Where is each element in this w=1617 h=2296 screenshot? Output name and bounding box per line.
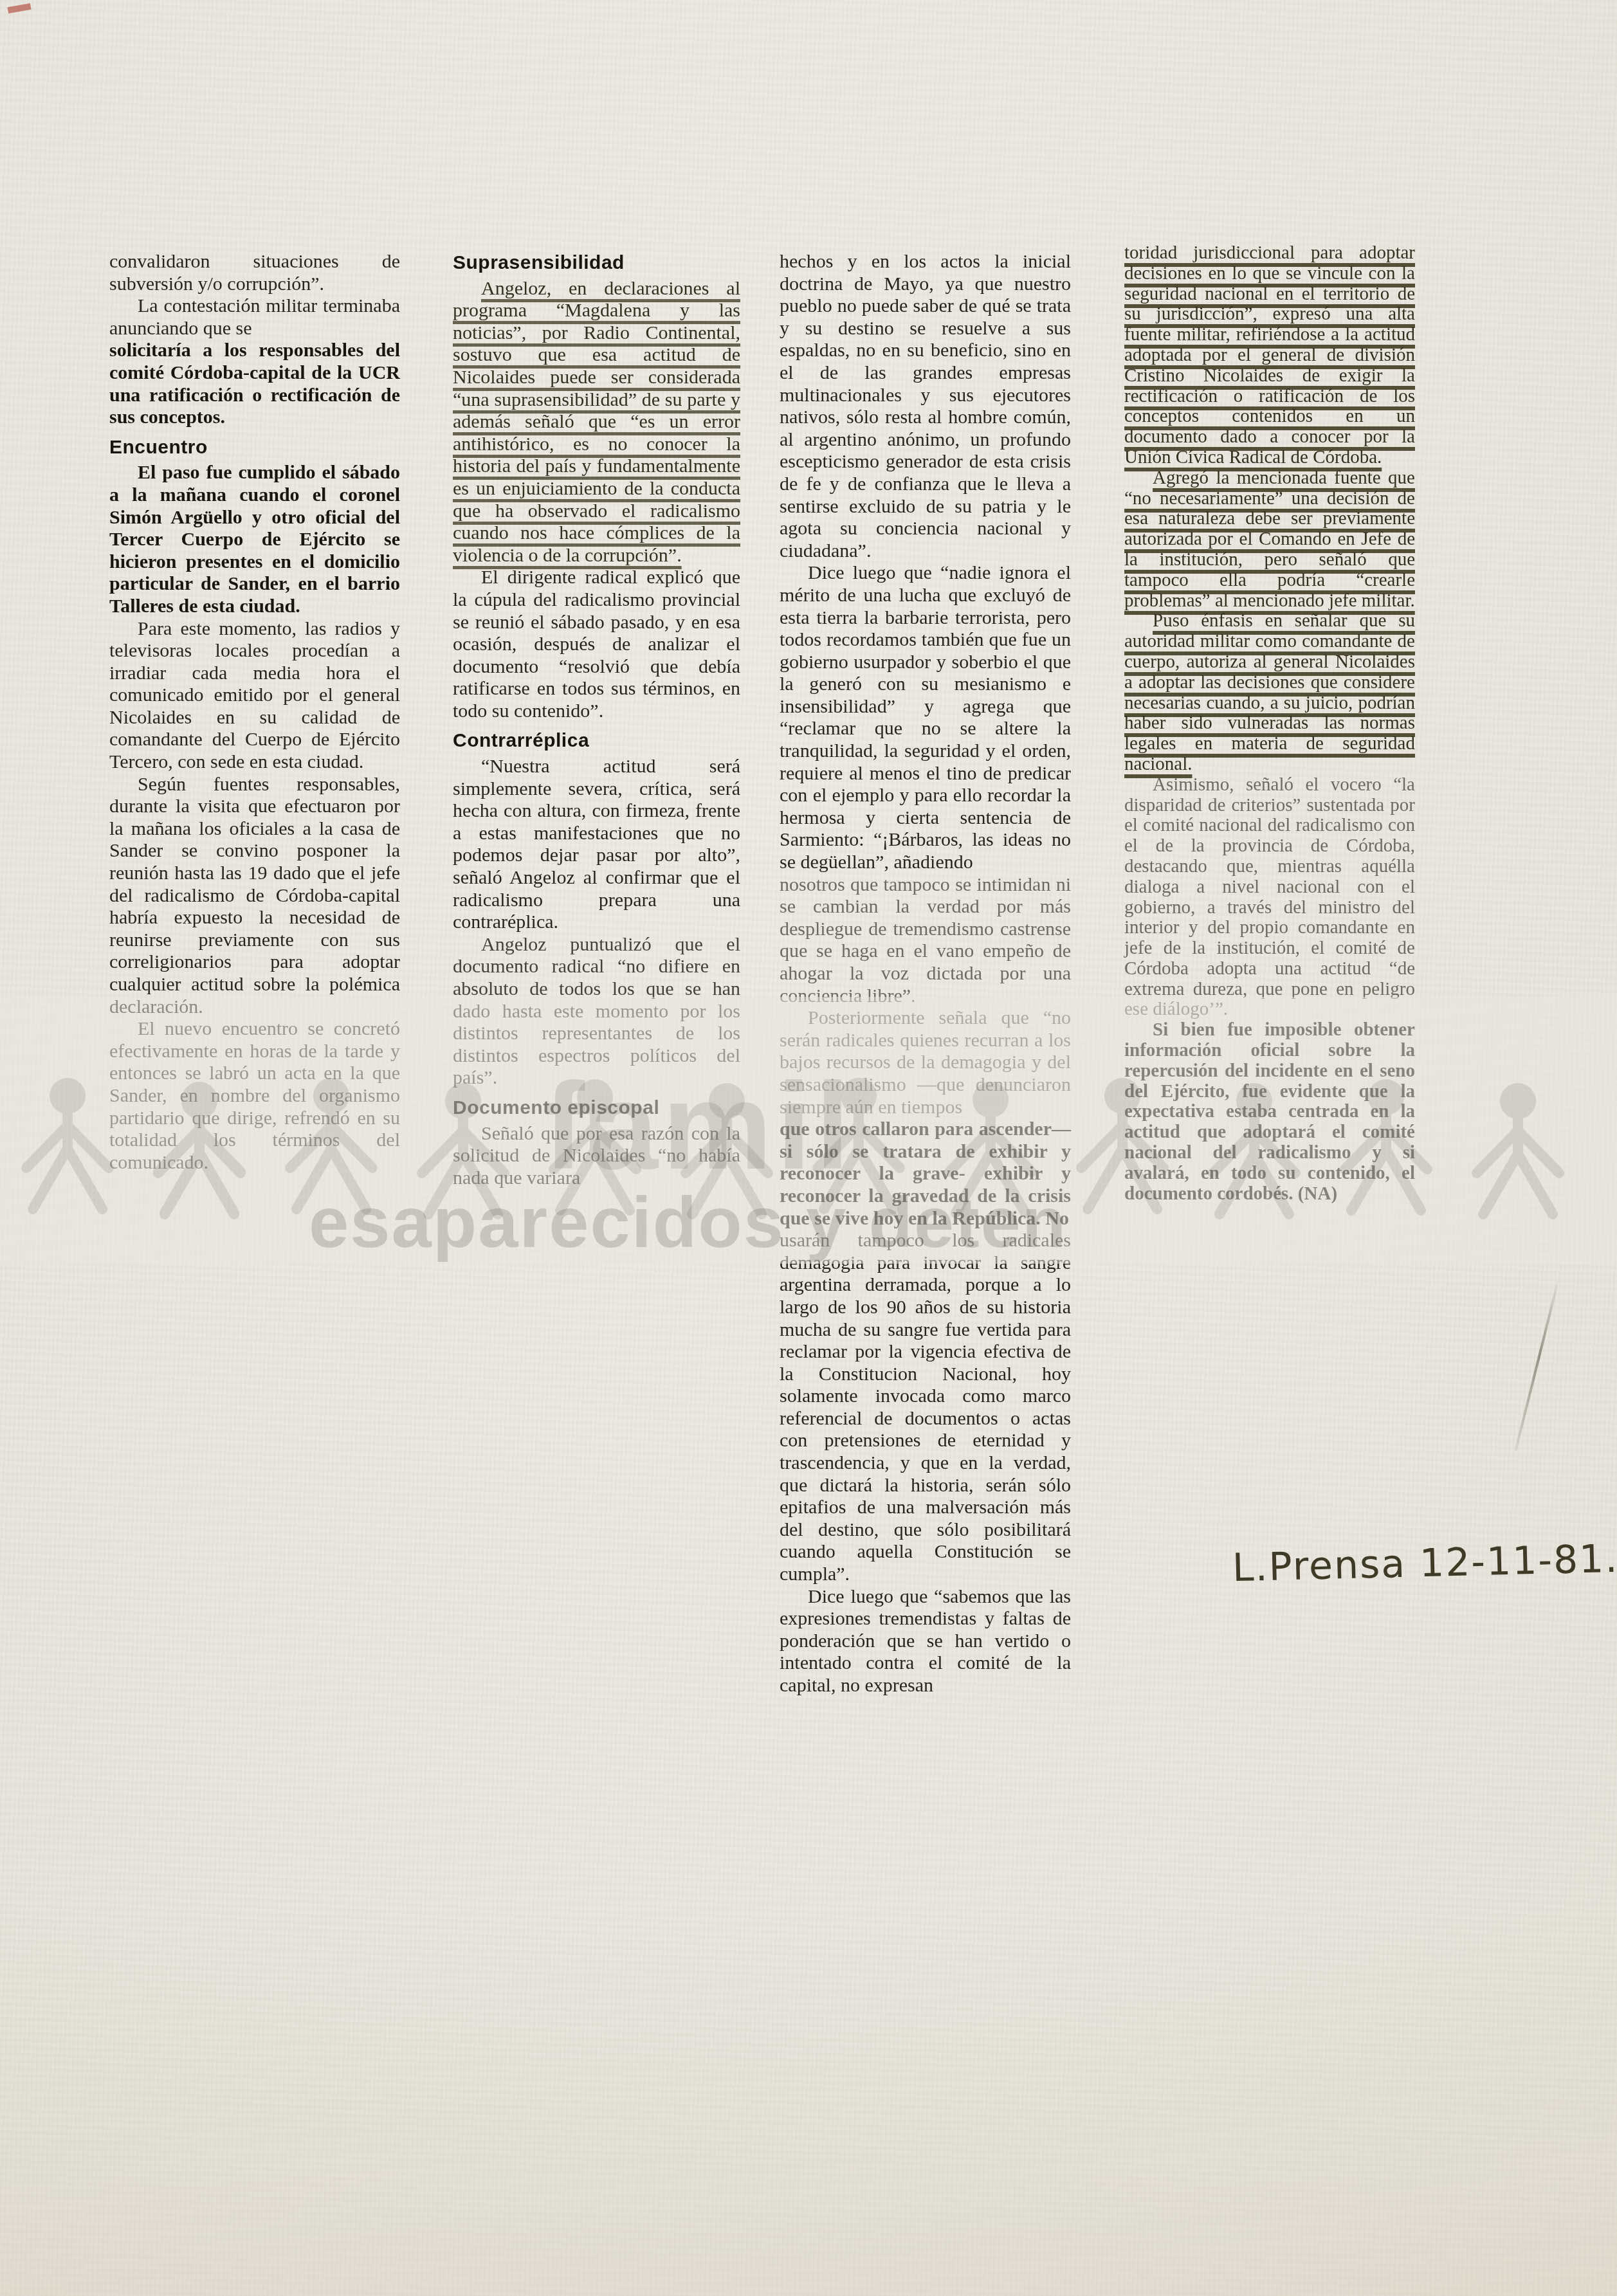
paragraph: Dice luego que “sabemos que las expresio… bbox=[780, 1586, 1071, 1697]
paragraph: que otros callaron para ascender— si sól… bbox=[780, 1118, 1071, 1230]
paragraph: Si bien fue imposible obtener informació… bbox=[1124, 1020, 1415, 1204]
section-heading: Contrarréplica bbox=[453, 730, 740, 752]
section-heading: Documento episcopal bbox=[453, 1097, 740, 1120]
paragraph: nosotros que tampoco se intimidan ni se … bbox=[780, 874, 1071, 1008]
paragraph: El dirigente radical explicó que la cúpu… bbox=[453, 567, 740, 722]
scan-shading bbox=[0, 1897, 1617, 2296]
section-heading: Encuentro bbox=[109, 437, 400, 459]
section-heading: Suprasensibilidad bbox=[453, 252, 740, 275]
paragraph: Asimismo, señaló el vocero “la disparida… bbox=[1124, 775, 1415, 1021]
corner-red-mark bbox=[7, 3, 31, 14]
paragraph: Angeloz, en declaraciones al programa “M… bbox=[453, 278, 740, 567]
paragraph: La contestación militar terminaba anunci… bbox=[109, 295, 400, 340]
scanned-newspaper-page: convalidaron situaciones de subversión y… bbox=[0, 0, 1617, 2296]
paragraph: solicitaría a los responsables del comit… bbox=[109, 340, 400, 428]
column-3: hechos y en los actos la inicial doctrin… bbox=[780, 251, 1071, 1697]
paragraph: toridad jurisdiccional para adoptar deci… bbox=[1124, 243, 1415, 468]
column-4: toridad jurisdiccional para adoptar deci… bbox=[1124, 243, 1415, 1204]
paragraph: hechos y en los actos la inicial doctrin… bbox=[780, 251, 1071, 562]
paragraph: El paso fue cumplido el sábado a la maña… bbox=[109, 462, 400, 617]
paragraph: Según fuentes responsables, durante la v… bbox=[109, 774, 400, 1019]
paragraph: Puso énfasis en señalar que su autoridad… bbox=[1124, 611, 1415, 774]
paragraph: convalidaron situaciones de subversión y… bbox=[109, 251, 400, 295]
paragraph: El nuevo encuentro se concretó efectivam… bbox=[109, 1018, 400, 1174]
column-2: SuprasensibilidadAngeloz, en declaracion… bbox=[453, 252, 740, 1189]
paragraph: Señaló que por esa razón con la solicitu… bbox=[453, 1123, 740, 1190]
paragraph: Dice luego que “nadie ignora el mérito d… bbox=[780, 562, 1071, 873]
paper-crease bbox=[1514, 1277, 1560, 1452]
paragraph: Agregó la mencionada fuente que “no nece… bbox=[1124, 468, 1415, 612]
handwritten-date: L.Prensa 12-11-81. bbox=[1232, 1536, 1617, 1591]
paragraph: Posteriormente señala que “no serán radi… bbox=[780, 1007, 1071, 1118]
paragraph: Para este momento, las radios y televiso… bbox=[109, 618, 400, 774]
column-1: convalidaron situaciones de subversión y… bbox=[109, 251, 400, 1174]
paragraph: “Nuestra actitud será simplemente severa… bbox=[453, 756, 740, 934]
paragraph: Angeloz puntualizó que el documento radi… bbox=[453, 934, 740, 1089]
paragraph: usarán tampoco los radicales demagogia p… bbox=[780, 1230, 1071, 1586]
